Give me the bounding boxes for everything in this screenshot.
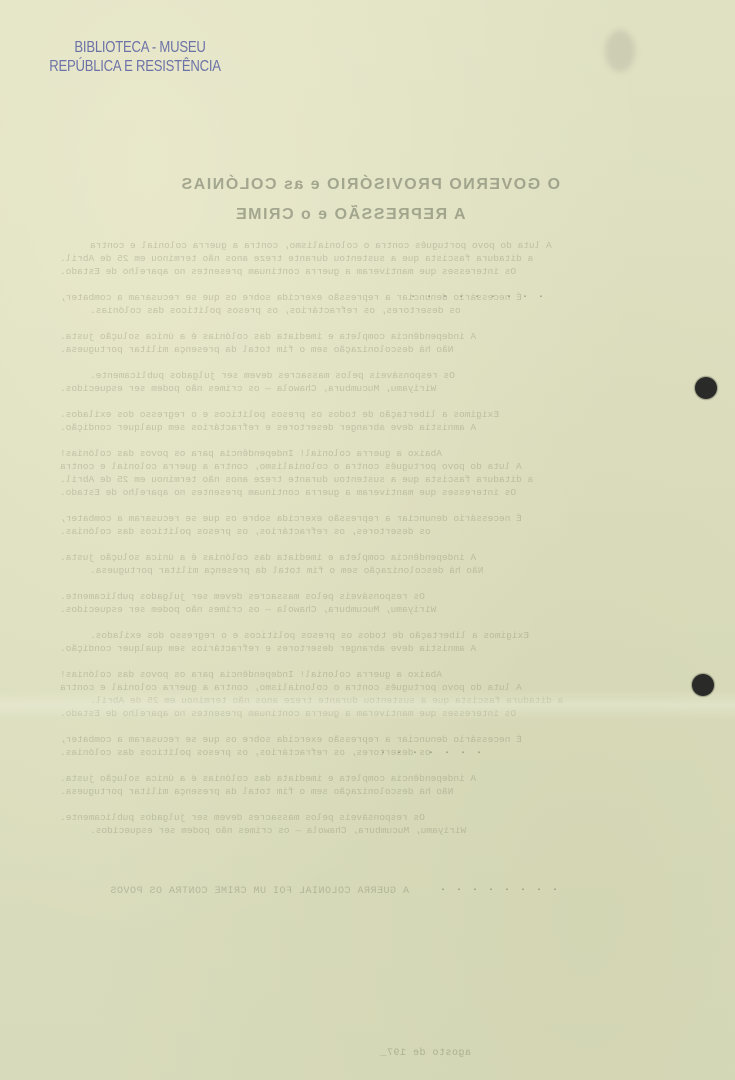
bleed-through-line-text: Wiriyamu, Mucumbura, Chawola — os crimes… [60, 383, 436, 394]
bleed-closing-line-text: agosto de 197_ [380, 1048, 471, 1059]
bleed-through-line-text: A luta do povo português contra o coloni… [60, 461, 522, 472]
bleed-through-line-text: A independência completa e imediata das … [60, 552, 476, 563]
bleed-through-line-text: É necessário denunciar a repressão exerc… [60, 734, 522, 745]
bleed-through-line-text: É necessário denunciar a repressão exerc… [60, 513, 522, 524]
bleed-heading-line-1: O GOVERNO PROVISÓRIO e as COLÓNIAS [120, 170, 620, 200]
bleed-closing-line: agosto de 197_ [380, 1048, 471, 1059]
typed-fragment: · · · · · · · · · [410, 292, 546, 303]
stamp-line-2: REPÚBLICA E RESISTÊNCIA [49, 57, 221, 76]
bleed-through-line: os desertores, os refractários, os preso… [60, 305, 670, 316]
bleed-through-line [60, 396, 670, 407]
bleed-through-line: É necessário denunciar a repressão exerc… [60, 292, 670, 303]
bleed-through-line: Não há descolonização sem o fim total da… [60, 786, 670, 797]
bleed-through-line [60, 656, 670, 667]
bleed-section-heading-text: A GUERRA COLONIAL FOI UM CRIME CONTRA OS… [110, 886, 409, 897]
typed-fragment: · · · · · · · · [440, 885, 560, 896]
bleed-through-line-text: os desertores, os refractários, os preso… [90, 305, 461, 316]
punch-hole [692, 674, 714, 696]
bleed-through-line: os desertores, os refractários, os preso… [60, 526, 670, 537]
bleed-through-line [60, 799, 670, 810]
bleed-through-line: É necessário denunciar a repressão exerc… [60, 734, 670, 745]
bleed-through-line-text: Abaixo a guerra colonial! Independência … [60, 669, 442, 680]
bleed-through-line: A luta do povo português contra o coloni… [60, 240, 670, 251]
bleed-through-line-text: A independência completa e imediata das … [60, 331, 476, 342]
bleed-through-line: A luta do povo português contra o coloni… [60, 461, 670, 472]
typed-fragment-text: · · · · · · · · [440, 885, 560, 896]
bleed-through-line-text: A amnistia deve abranger desertores e re… [60, 422, 476, 433]
scanned-document-page: BIBLIOTECA - MUSEU REPÚBLICA E RESISTÊNC… [0, 0, 735, 1080]
bleed-through-line-text: Os interesses que mantiveram a guerra co… [60, 266, 516, 277]
bleed-through-line: Os interesses que mantiveram a guerra co… [60, 487, 670, 498]
typed-fragment-text: · · · · · · · · · [410, 292, 546, 303]
bleed-through-line [60, 578, 670, 589]
library-stamp: BIBLIOTECA - MUSEU REPÚBLICA E RESISTÊNC… [40, 38, 240, 76]
bleed-through-line-text: os desertores, os refractários, os preso… [60, 747, 431, 758]
typed-fragment-text: · · · · · · · [380, 748, 484, 759]
bleed-through-line: Não há descolonização sem o fim total da… [60, 565, 670, 576]
bleed-through-line [60, 318, 670, 329]
bleed-through-line-text: Não há descolonização sem o fim total da… [60, 786, 453, 797]
bleed-through-line [60, 721, 670, 732]
bleed-through-line-text: A amnistia deve abranger desertores e re… [60, 643, 476, 654]
bleed-through-line-text: Não há descolonização sem o fim total da… [90, 565, 483, 576]
bleed-through-line [60, 357, 670, 368]
bleed-through-line: Os responsáveis pelos massacres devem se… [60, 591, 670, 602]
bleed-through-line: A independência completa e imediata das … [60, 331, 670, 342]
bleed-through-line [60, 500, 670, 511]
bleed-through-line: a ditadura fascista que a sustentou dura… [60, 474, 670, 485]
bleed-through-line: os desertores, os refractários, os preso… [60, 747, 670, 758]
bleed-through-line-text: a ditadura fascista que a sustentou dura… [60, 474, 533, 485]
bleed-through-line-text: A luta do povo português contra o coloni… [90, 240, 552, 251]
bleed-through-line: É necessário denunciar a repressão exerc… [60, 513, 670, 524]
bleed-through-line-text: Exigimos a libertação de todos os presos… [60, 409, 499, 420]
stamp-line-1: BIBLIOTECA - MUSEU [58, 38, 222, 57]
bleed-through-line-text: Os responsáveis pelos massacres devem se… [60, 812, 425, 823]
bleed-through-line: a ditadura fascista que a sustentou dura… [60, 253, 670, 264]
bleed-through-line [60, 760, 670, 771]
bleed-through-line [60, 435, 670, 446]
bleed-through-line-text: Wiriyamu, Mucumbura, Chawola — os crimes… [90, 825, 466, 836]
bleed-through-line-text: Não há descolonização sem o fim total da… [60, 344, 453, 355]
bleed-through-line-text: Abaixo a guerra colonial! Independência … [60, 448, 442, 459]
bleed-through-line-text: a ditadura fascista que a sustentou dura… [60, 253, 533, 264]
bleed-through-line: Não há descolonização sem o fim total da… [60, 344, 670, 355]
bleed-through-line: A independência completa e imediata das … [60, 773, 670, 784]
bleed-through-line: A amnistia deve abranger desertores e re… [60, 643, 670, 654]
bleed-through-line: Wiriyamu, Mucumbura, Chawola — os crimes… [60, 825, 670, 836]
bleed-through-body: A luta do povo português contra o coloni… [60, 240, 670, 838]
bleed-through-line: Os responsáveis pelos massacres devem se… [60, 812, 670, 823]
paper-smudge [605, 30, 635, 72]
bleed-through-line-text: Os interesses que mantiveram a guerra co… [60, 487, 516, 498]
bleed-through-line: A amnistia deve abranger desertores e re… [60, 422, 670, 433]
punch-hole [695, 377, 717, 399]
bleed-through-line [60, 617, 670, 628]
bleed-through-line-text: Exigimos a libertação de todos os presos… [90, 630, 529, 641]
bleed-through-line: Os interesses que mantiveram a guerra co… [60, 266, 670, 277]
paper-fold [0, 690, 735, 720]
bleed-through-line: Wiriyamu, Mucumbura, Chawola — os crimes… [60, 383, 670, 394]
bleed-through-line: Os responsáveis pelos massacres devem se… [60, 370, 670, 381]
bleed-through-heading: O GOVERNO PROVISÓRIO e as COLÓNIAS A REP… [120, 170, 620, 230]
bleed-through-line: A independência completa e imediata das … [60, 552, 670, 563]
bleed-through-line-text: Wiriyamu, Mucumbura, Chawola — os crimes… [60, 604, 436, 615]
bleed-through-line: Wiriyamu, Mucumbura, Chawola — os crimes… [60, 604, 670, 615]
bleed-through-line: Exigimos a libertação de todos os presos… [60, 409, 670, 420]
bleed-through-line [60, 279, 670, 290]
bleed-through-line: Abaixo a guerra colonial! Independência … [60, 448, 670, 459]
bleed-through-line-text: Os responsáveis pelos massacres devem se… [90, 370, 455, 381]
bleed-through-line [60, 539, 670, 550]
bleed-through-line: Abaixo a guerra colonial! Independência … [60, 669, 670, 680]
bleed-through-line-text: Os responsáveis pelos massacres devem se… [60, 591, 425, 602]
bleed-section-heading: A GUERRA COLONIAL FOI UM CRIME CONTRA OS… [110, 886, 409, 897]
typed-fragment: · · · · · · · [380, 748, 484, 759]
bleed-heading-line-2: A REPRESSÃO e o CRIME [120, 200, 620, 230]
bleed-through-line: Exigimos a libertação de todos os presos… [60, 630, 670, 641]
bleed-through-line-text: A independência completa e imediata das … [60, 773, 476, 784]
bleed-through-line-text: os desertores, os refractários, os preso… [60, 526, 431, 537]
